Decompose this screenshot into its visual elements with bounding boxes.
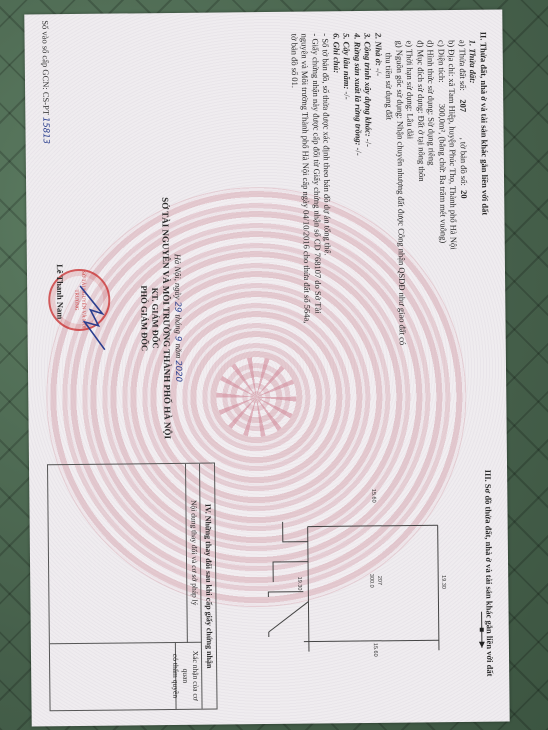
parcel-label: 207 [376,576,382,585]
dim-top: 19.30 [440,575,446,589]
issue-year: 2020 [173,360,183,382]
issue-month: 9 [173,336,183,342]
drum-star-emblem [216,357,297,438]
handwritten-signature [70,284,111,354]
signer-name: Lê Thanh Nam [55,264,66,319]
changes-table: IV. Những thay đổi sau khi cấp giấy chứn… [47,463,218,712]
issue-day: 29 [172,302,182,313]
changes-column-header: Nội dung thay đổi và cơ sở pháp lý [185,464,202,643]
registry-number: Số vào sổ cấp GCN: CS-PT 15813 [39,20,51,144]
certificate-landscape-content: II. Thửa đất, nhà ở và tài sản khác gắn … [24,10,509,727]
dim-left: 15.60 [370,489,376,503]
area-value: 300,0m², (bằng chữ: Ba trăm mét vuông) [437,104,448,243]
authority-column-header: Xác nhận của cơ quan có thẩm quyền [175,643,203,709]
parcel-area: 300.0 [368,574,374,588]
dim-right: 15.60 [372,643,378,657]
parcel-diagram: 15.60 15.60 19.30 19.30 207 300.0 [257,480,479,712]
signature-block: Hà Nội, ngày 29 tháng 9 năm 2020 SỞ TÀI … [137,183,185,453]
map-sheet-number: 20 [459,190,469,199]
registry-number-handwritten: 15813 [40,117,50,144]
certificate-page: II. Thửa đất, nhà ở và tài sản khác gắn … [24,10,509,727]
dim-bottom: 19.30 [296,577,302,591]
table-divider [50,642,188,644]
section-2-land-info: II. Thửa đất, nhà ở và tài sản khác gắn … [289,32,492,347]
parcel-number: 207 [458,99,468,112]
